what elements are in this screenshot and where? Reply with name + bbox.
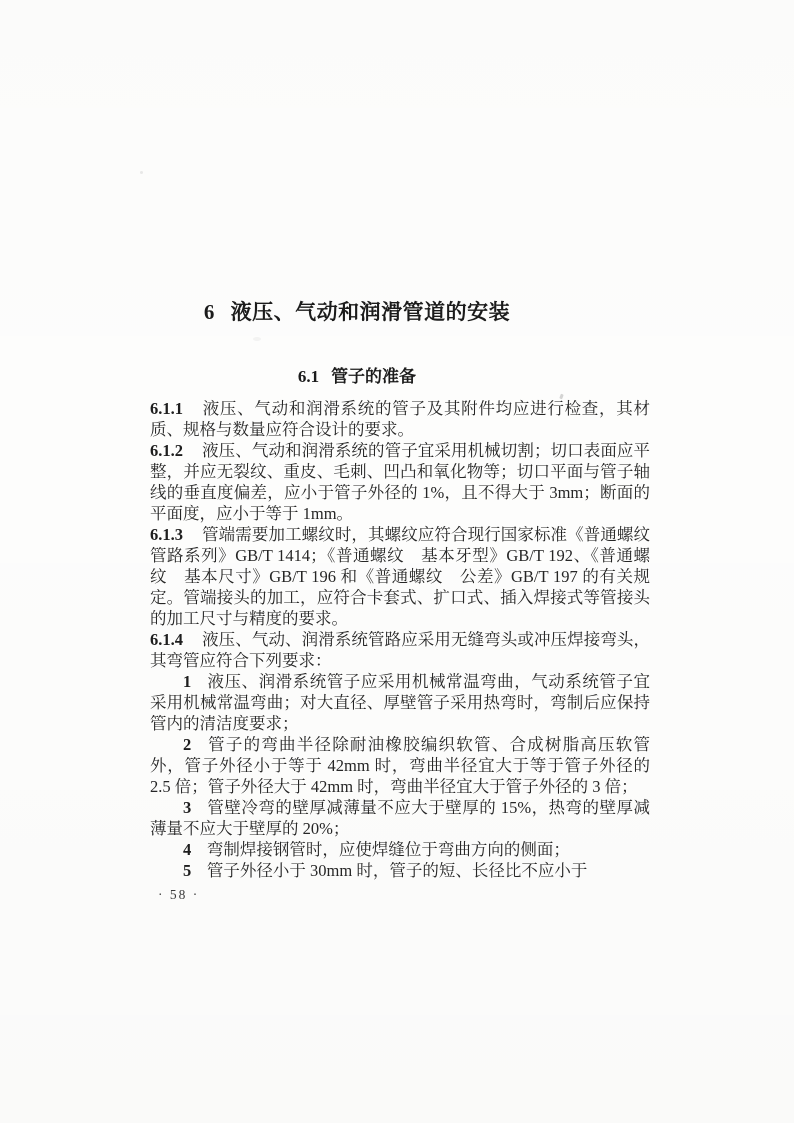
item-number: 4 [183, 840, 191, 859]
list-item-2: 2管子的弯曲半径除耐油橡胶编织软管、合成树脂高压软管外，管子外径小于等于 42m… [150, 734, 650, 797]
list-item-5: 5管子外径小于 30mm 时，管子的短、长径比不应小于 [150, 860, 650, 881]
clause-6-1-3: 6.1.3管端需要加工螺纹时，其螺纹应符合现行国家标准《普通螺纹 管路系列》GB… [150, 524, 650, 629]
section-number: 6.1 [298, 367, 319, 386]
section-title: 管子的准备 [331, 367, 416, 386]
clause-number: 6.1.4 [150, 630, 183, 649]
item-number: 1 [183, 672, 191, 691]
clause-number: 6.1.2 [150, 441, 183, 460]
scanned-document-page: 6液压、气动和润滑管道的安装 6.1管子的准备 6.1.1液压、气动和润滑系统的… [0, 0, 794, 1123]
item-text: 管子外径小于 30mm 时，管子的短、长径比不应小于 [207, 861, 587, 880]
scan-speck [140, 171, 143, 174]
section-heading: 6.1管子的准备 [150, 366, 564, 387]
clause-number: 6.1.3 [150, 525, 183, 544]
item-text: 管壁冷弯的壁厚减薄量不应大于壁厚的 15%，热弯的壁厚减薄量不应大于壁厚的 20… [150, 798, 650, 838]
clause-text: 液压、气动和润滑系统的管子及其附件均应进行检查，其材质、规格与数量应符合设计的要… [150, 399, 650, 439]
body-text: 6.1.1液压、气动和润滑系统的管子及其附件均应进行检查，其材质、规格与数量应符… [150, 398, 650, 881]
list-item-3: 3管壁冷弯的壁厚减薄量不应大于壁厚的 15%，热弯的壁厚减薄量不应大于壁厚的 2… [150, 797, 650, 839]
clause-6-1-2: 6.1.2液压、气动和润滑系统的管子宜采用机械切割；切口表面应平整，并应无裂纹、… [150, 440, 650, 524]
item-text: 弯制焊接钢管时，应使焊缝位于弯曲方向的侧面； [207, 840, 570, 859]
item-number: 3 [183, 798, 191, 817]
clause-number: 6.1.1 [150, 399, 183, 418]
clause-text: 液压、气动和润滑系统的管子宜采用机械切割；切口表面应平整，并应无裂纹、重皮、毛刺… [150, 441, 650, 523]
item-text: 液压、润滑系统管子应采用机械常温弯曲，气动系统管子宜采用机械常温弯曲；对大直径、… [150, 672, 650, 733]
item-text: 管子的弯曲半径除耐油橡胶编织软管、合成树脂高压软管外，管子外径小于等于 42mm… [150, 735, 650, 796]
list-item-4: 4弯制焊接钢管时，应使焊缝位于弯曲方向的侧面； [150, 839, 650, 860]
chapter-number: 6 [204, 300, 215, 324]
clause-6-1-1: 6.1.1液压、气动和润滑系统的管子及其附件均应进行检查，其材质、规格与数量应符… [150, 398, 650, 440]
list-item-1: 1液压、润滑系统管子应采用机械常温弯曲，气动系统管子宜采用机械常温弯曲；对大直径… [150, 671, 650, 734]
item-number: 2 [183, 735, 191, 754]
clause-6-1-4: 6.1.4液压、气动、润滑系统管路应采用无缝弯头或冲压焊接弯头，其弯管应符合下列… [150, 629, 650, 671]
chapter-heading: 6液压、气动和润滑管道的安装 [150, 299, 564, 325]
item-number: 5 [183, 861, 191, 880]
clause-text: 管端需要加工螺纹时，其螺纹应符合现行国家标准《普通螺纹 管路系列》GB/T 14… [150, 525, 667, 628]
chapter-title: 液压、气动和润滑管道的安装 [231, 300, 511, 324]
scan-speck [253, 337, 261, 341]
clause-text: 液压、气动、润滑系统管路应采用无缝弯头或冲压焊接弯头，其弯管应符合下列要求： [150, 630, 650, 670]
page-number: · 58 · [158, 887, 199, 903]
